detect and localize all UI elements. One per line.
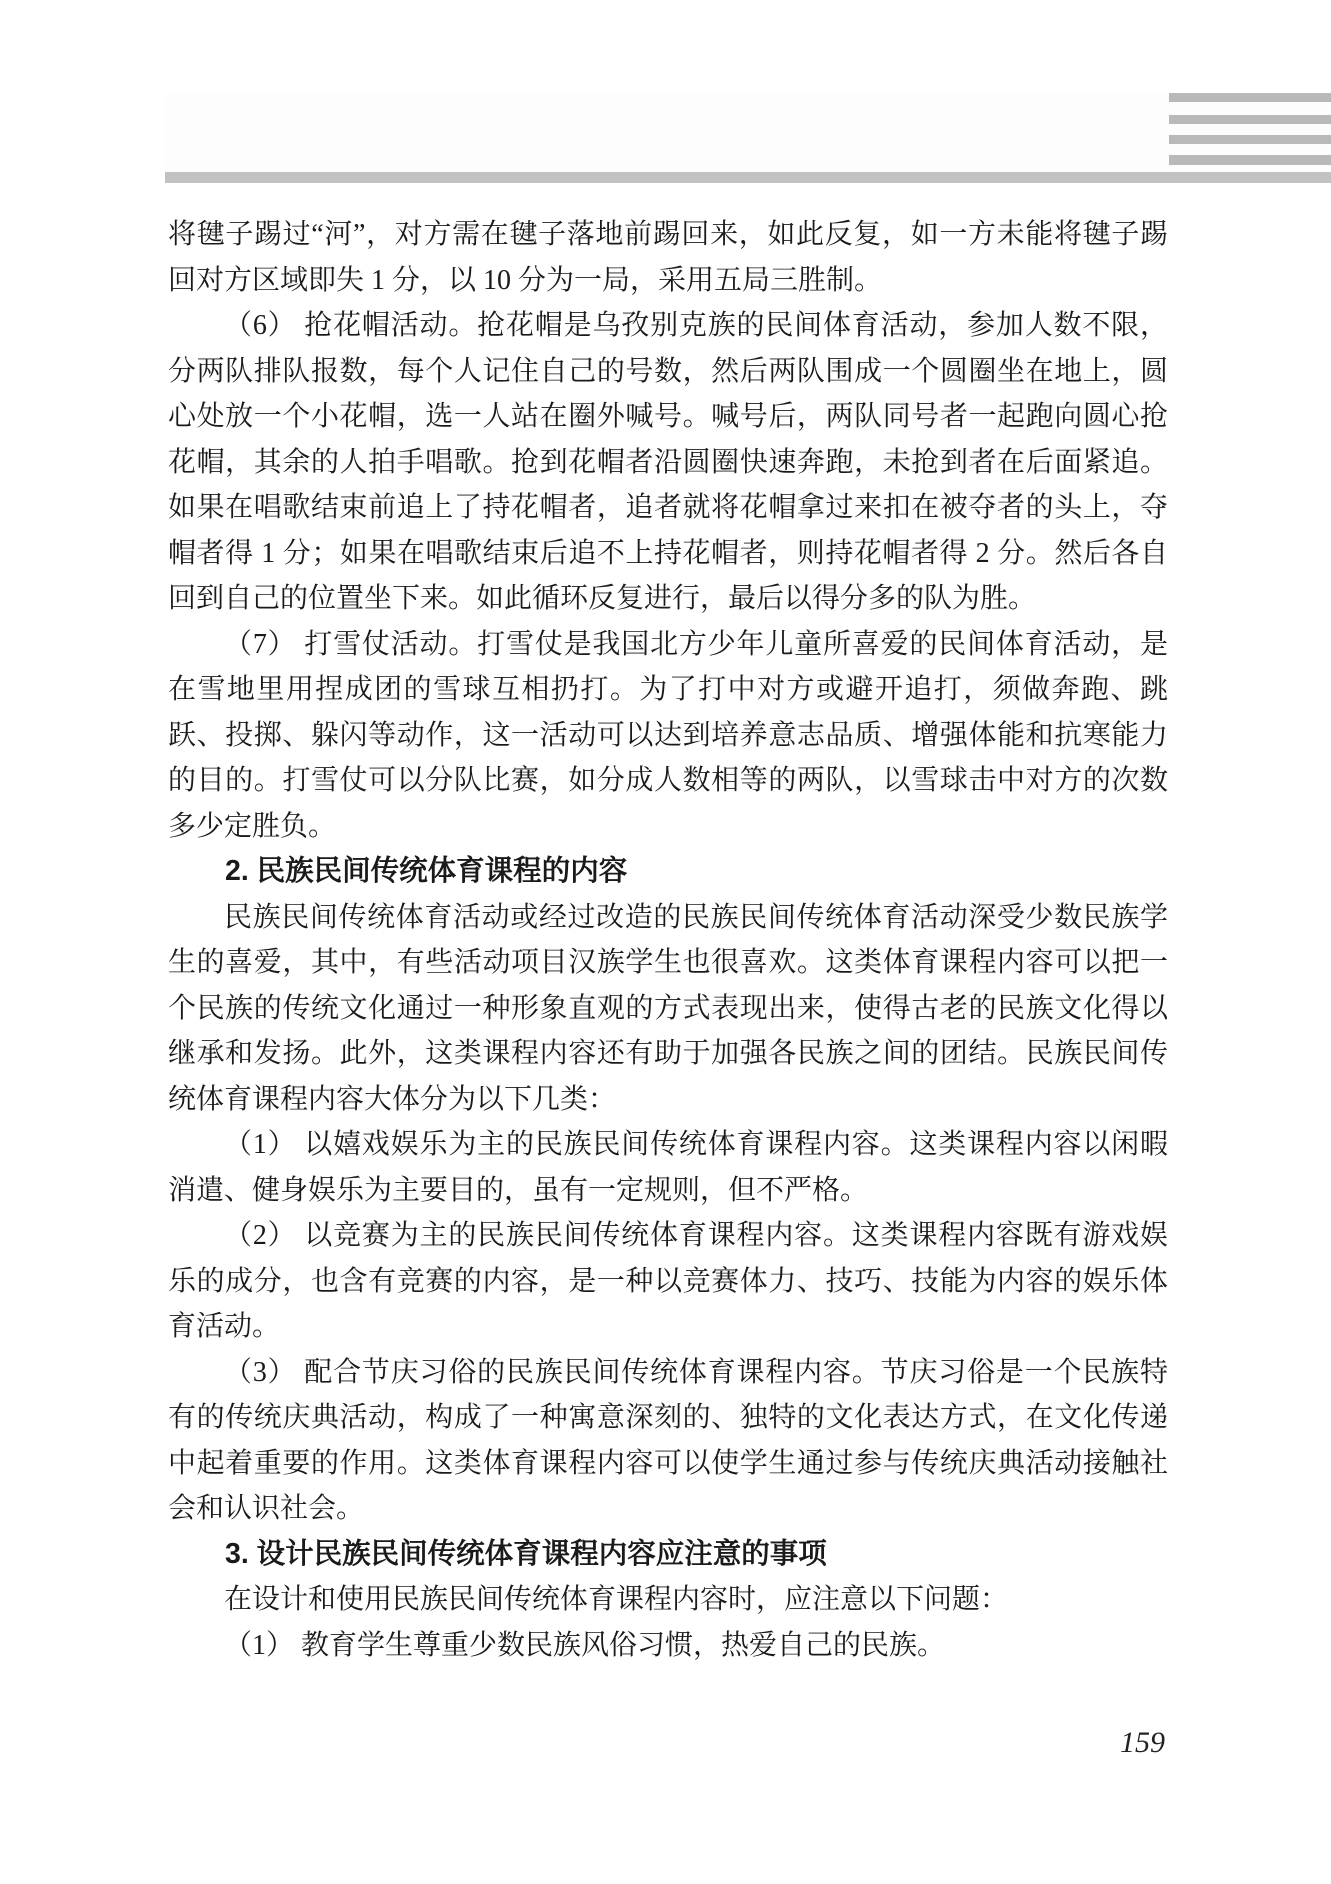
header-rule-bar	[165, 172, 1331, 183]
decorative-stripe	[1169, 155, 1331, 165]
paragraph: 在设计和使用民族民间传统体育课程内容时，应注意以下问题：	[168, 1577, 1168, 1623]
decorative-stripe	[1169, 135, 1331, 144]
page-number: 159	[1120, 1726, 1165, 1760]
paragraph: （2） 以竞赛为主的民族民间传统体育课程内容。这类课程内容既有游戏娱乐的成分，也…	[168, 1213, 1168, 1350]
decorative-stripe	[1169, 93, 1331, 102]
section-heading: 3. 设计民族民间传统体育课程内容应注意的事项	[168, 1532, 1168, 1578]
paragraph: （1） 教育学生尊重少数民族风俗习惯，热爱自己的民族。	[168, 1623, 1168, 1669]
document-body: 将毽子踢过“河”，对方需在毽子落地前踢回来，如此反复，如一方未能将毽子踢回对方区…	[168, 212, 1168, 1668]
paragraph: （1） 以嬉戏娱乐为主的民族民间传统体育课程内容。这类课程内容以闲暇消遣、健身娱…	[168, 1122, 1168, 1213]
paragraph: （7） 打雪仗活动。打雪仗是我国北方少年儿童所喜爱的民间体育活动，是在雪地里用捏…	[168, 622, 1168, 850]
paragraph: 民族民间传统体育活动或经过改造的民族民间传统体育活动深受少数民族学生的喜爱，其中…	[168, 895, 1168, 1123]
paragraph: 将毽子踢过“河”，对方需在毽子落地前踢回来，如此反复，如一方未能将毽子踢回对方区…	[168, 212, 1168, 303]
decorative-stripe	[1169, 115, 1331, 124]
paragraph: （3） 配合节庆习俗的民族民间传统体育课程内容。节庆习俗是一个民族特有的传统庆典…	[168, 1350, 1168, 1532]
header-band	[165, 94, 1331, 172]
header-stripes	[1169, 93, 1331, 166]
section-heading: 2. 民族民间传统体育课程的内容	[168, 849, 1168, 895]
paragraph: （6） 抢花帽活动。抢花帽是乌孜别克族的民间体育活动，参加人数不限，分两队排队报…	[168, 303, 1168, 622]
